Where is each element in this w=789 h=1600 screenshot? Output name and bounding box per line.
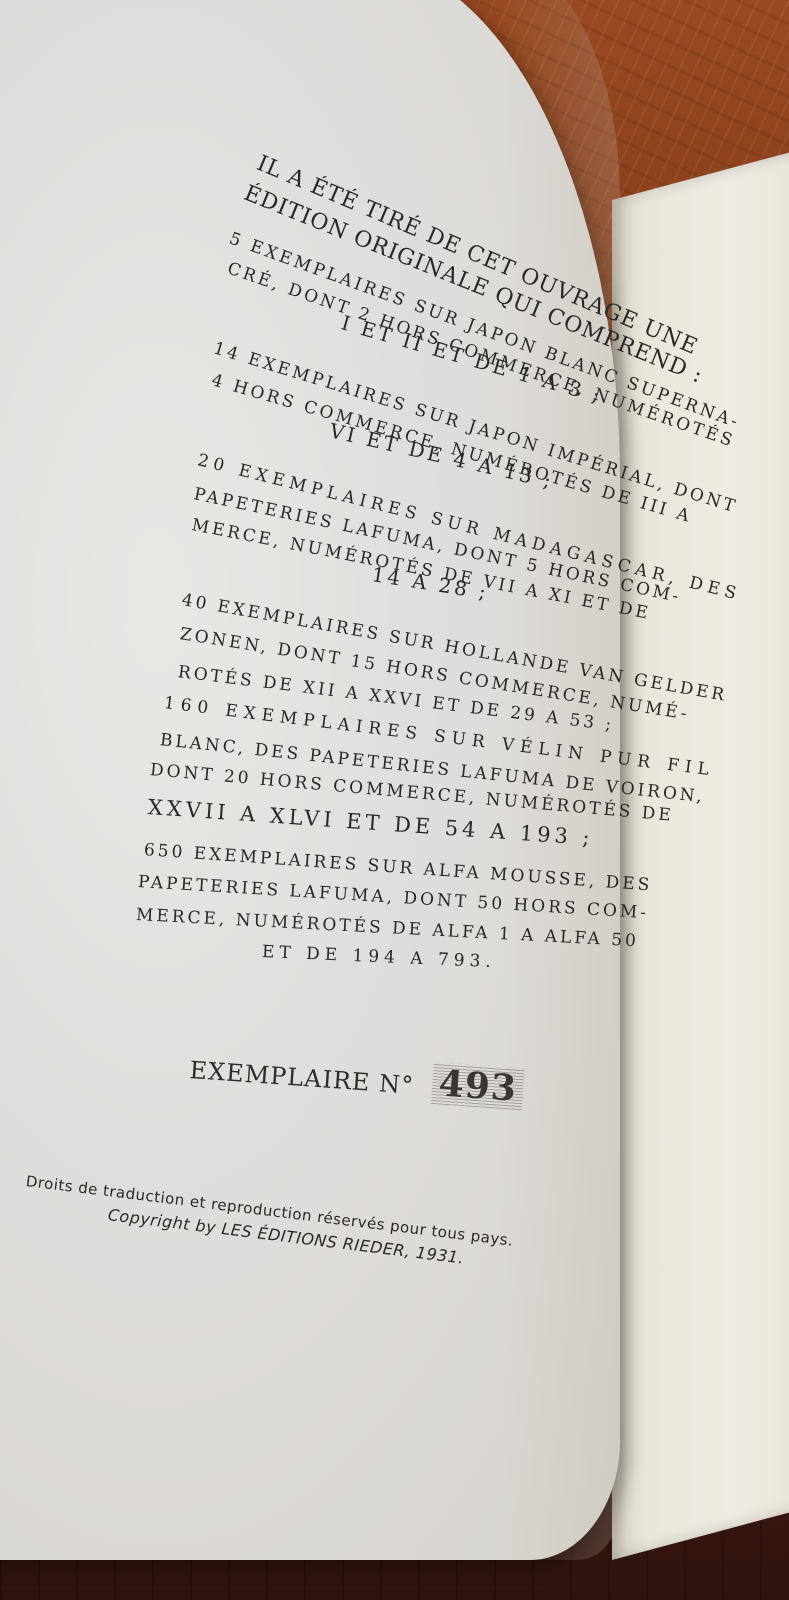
photo-scene: IL A ÉTÉ TIRÉ DE CET OUVRAGE UNE ÉDITION… [0, 0, 789, 1600]
exemplaire-stamped-number: 493 [431, 1062, 524, 1110]
